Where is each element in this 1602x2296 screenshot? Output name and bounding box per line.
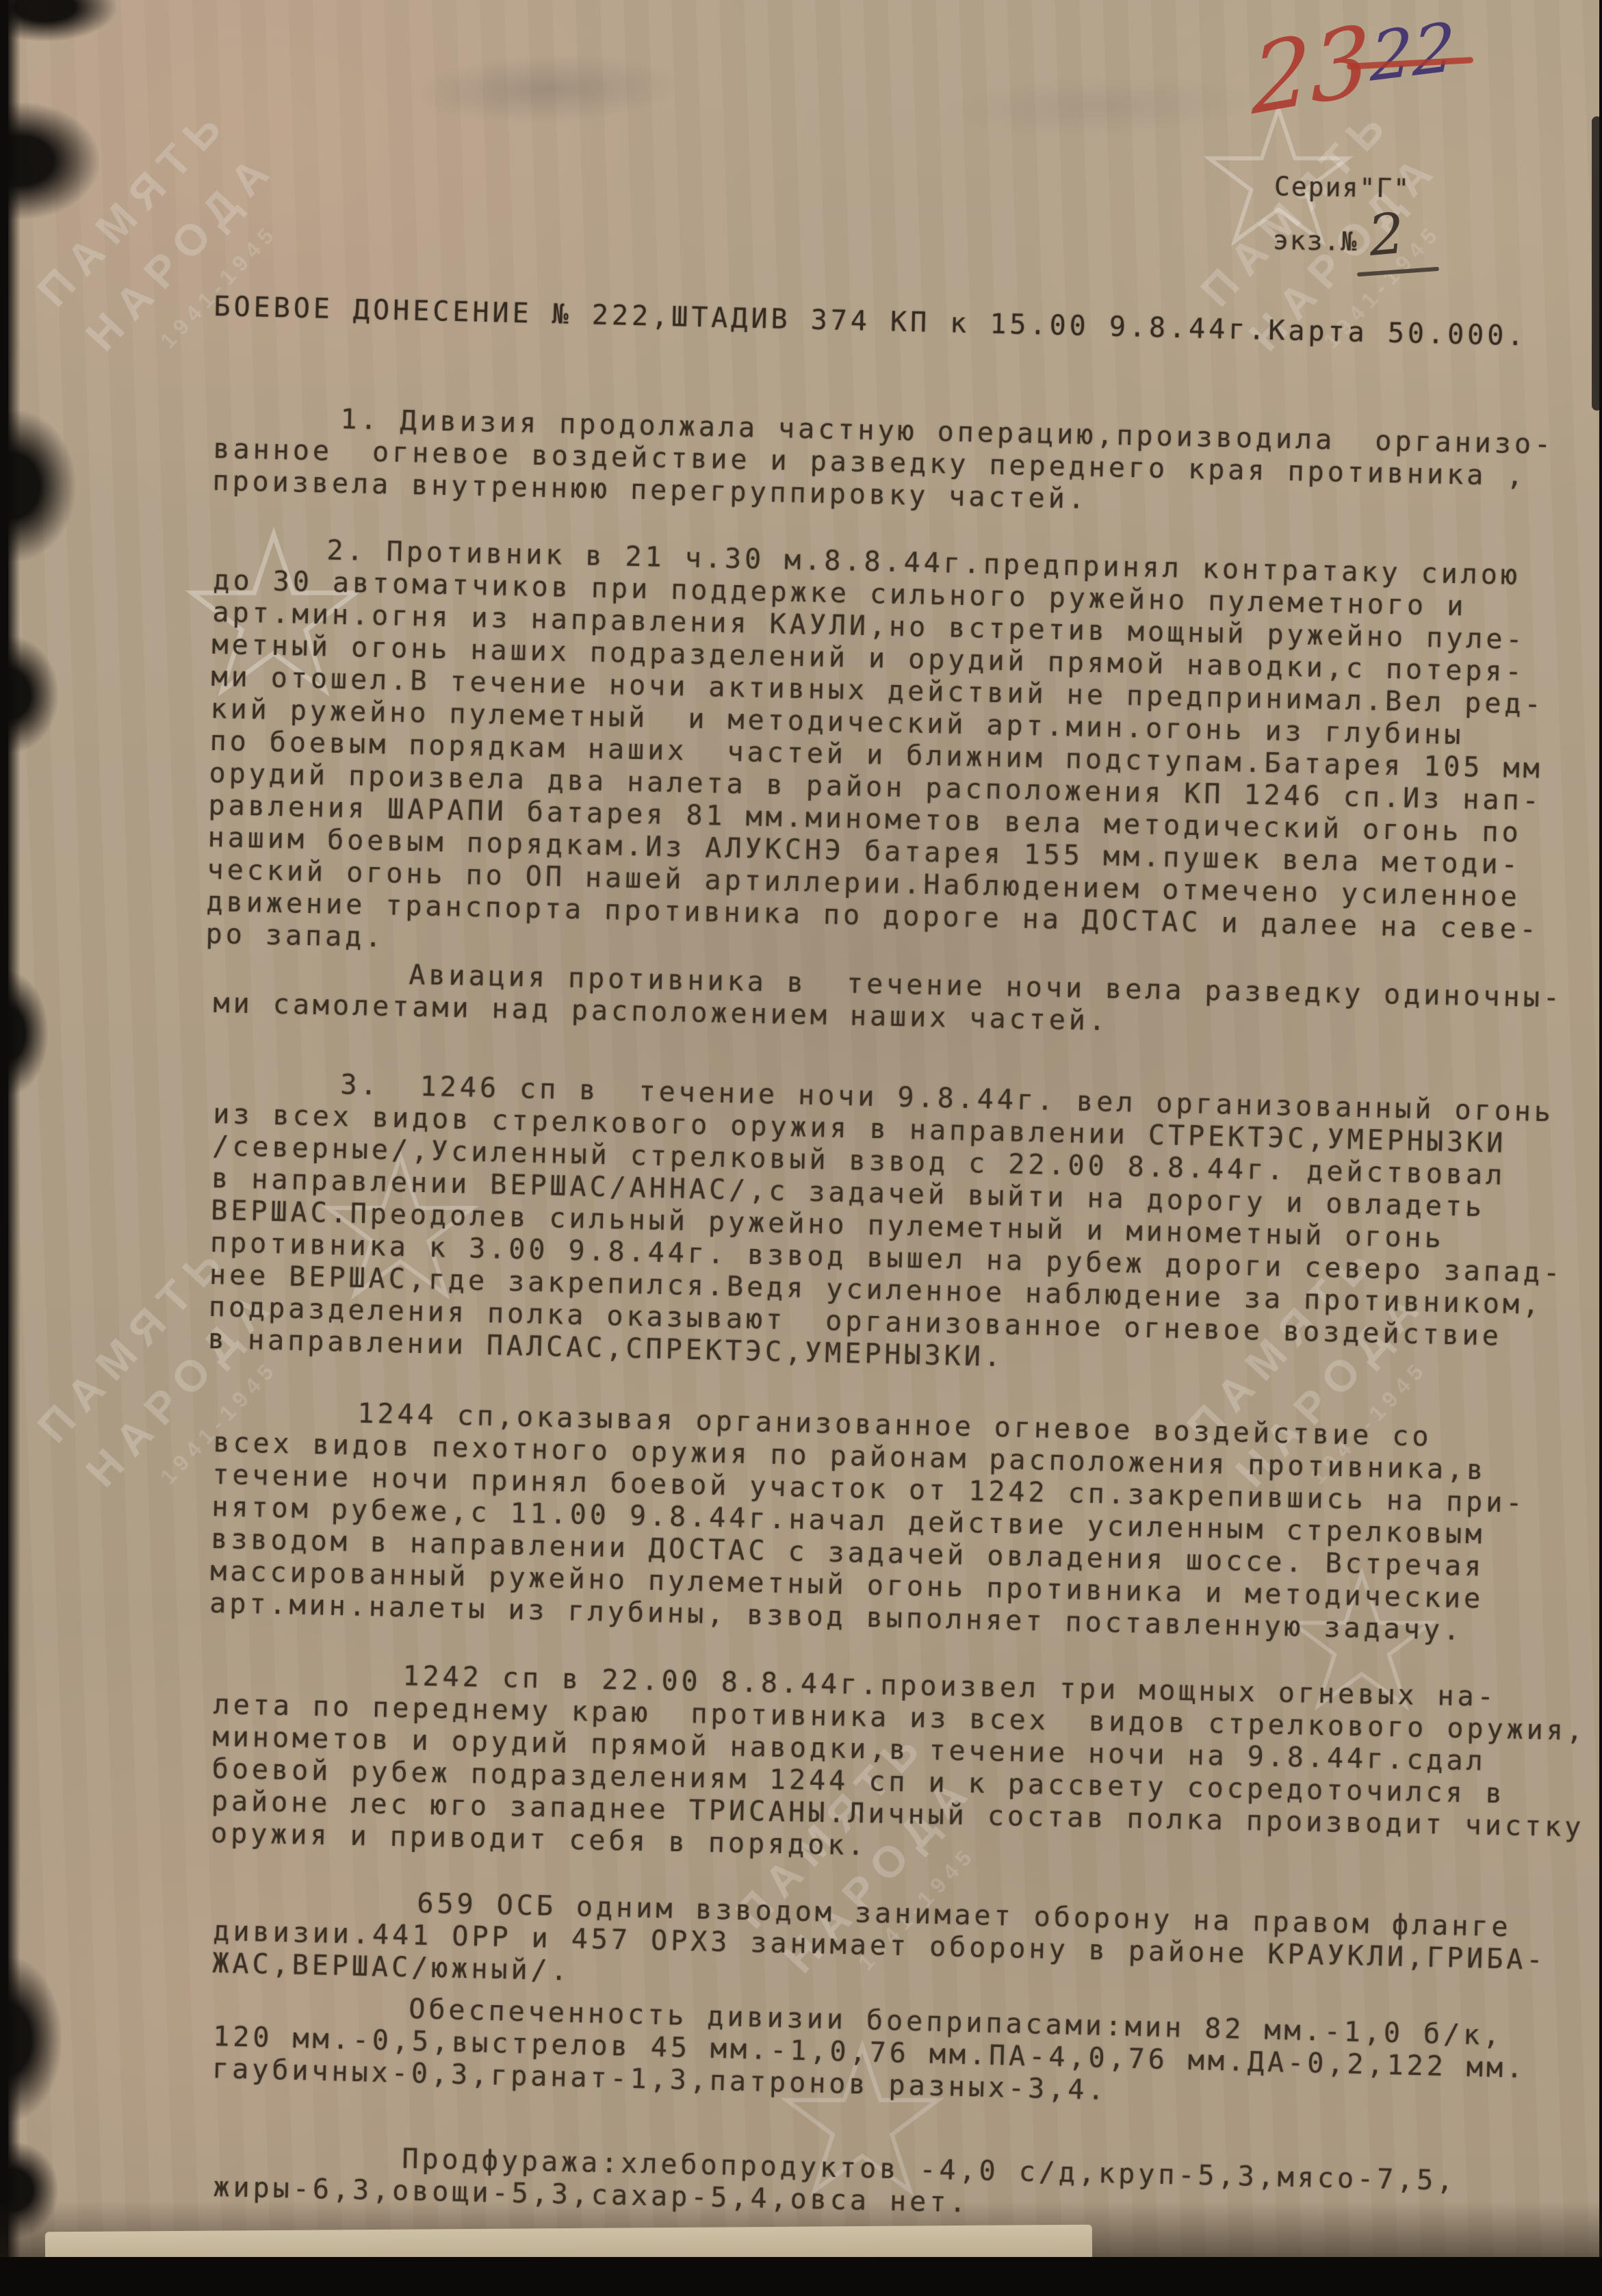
series-marking: Серия"Г" [1274, 171, 1411, 203]
torn-left-edge [0, 0, 21, 2296]
paragraph-1242-rifle-regiment: 1242 сп в 22.00 8.8.44г.произвел три мощ… [211, 1657, 1602, 1877]
scanned-document-page: ПАМЯТЬ НАРОДА 1941-1945 ПАМЯТЬ НАРОДА 19… [0, 0, 1602, 2296]
torn-edge-spot [0, 972, 48, 1095]
scan-background [0, 2257, 1602, 2296]
paragraph-enemy-actions: 2. Противник в 21 ч.30 м.8.8.44г.предпри… [205, 532, 1602, 981]
scan-edge-shadow [1592, 116, 1602, 411]
torn-edge-spot [0, 103, 99, 219]
copy-number-label: экз.№ [1273, 225, 1358, 257]
torn-edge-spot [7, 0, 116, 41]
handwritten-crossed-number: 22 [1369, 8, 1456, 97]
handwritten-red-page-number: 23 [1252, 4, 1370, 137]
torn-edge-spot [0, 636, 58, 753]
paragraph-1246-rifle-regiment: 3. 1246 сп в течение ночи 9.8.44г. вел о… [207, 1066, 1602, 1388]
torn-edge-spot [0, 411, 75, 561]
torn-edge-spot [0, 1957, 62, 2121]
paragraph-1244-rifle-regiment: 1244 сп,оказывая организованное огневое … [209, 1395, 1602, 1651]
handwritten-copy-number: 2 [1366, 201, 1407, 269]
